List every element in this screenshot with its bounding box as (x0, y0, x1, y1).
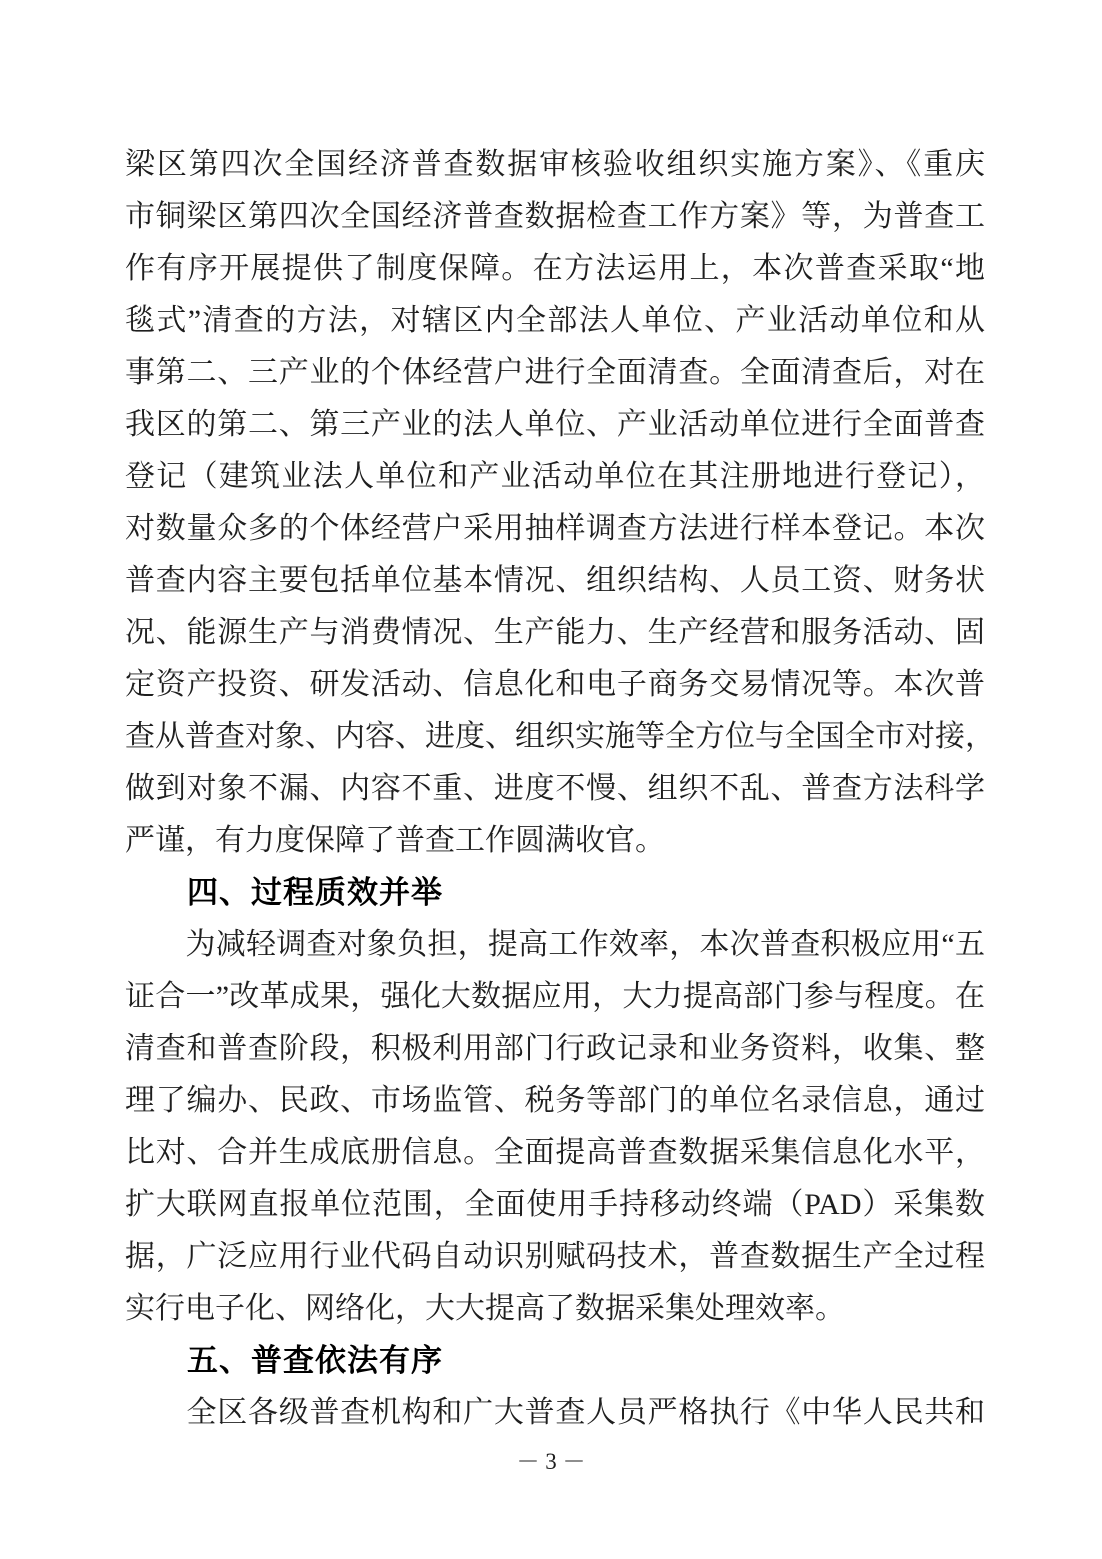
document-page: 梁区第四次全国经济普查数据审核验收组织实施方案》、《重庆市铜梁区第四次全国经济普… (0, 0, 1102, 1559)
text-line: 登记（建筑业法人单位和产业活动单位在其注册地进行登记）， (125, 451, 985, 503)
text-line: 梁区第四次全国经济普查数据审核验收组织实施方案》、《重庆 (125, 139, 985, 191)
text-line: 查从普查对象、内容、进度、组织实施等全方位与全国全市对接， (125, 711, 985, 763)
document-body: 梁区第四次全国经济普查数据审核验收组织实施方案》、《重庆市铜梁区第四次全国经济普… (125, 139, 985, 1439)
text-line: 实行电子化、网络化，大大提高了数据采集处理效率。 (125, 1283, 985, 1335)
section-heading: 四、过程质效并举 (125, 867, 985, 919)
section-heading: 五、普查依法有序 (125, 1335, 985, 1387)
text-line: 做到对象不漏、内容不重、进度不慢、组织不乱、普查方法科学 (125, 763, 985, 815)
text-line: 比对、合并生成底册信息。全面提高普查数据采集信息化水平， (125, 1127, 985, 1179)
text-line: 市铜梁区第四次全国经济普查数据检查工作方案》等，为普查工 (125, 191, 985, 243)
text-line: 我区的第二、第三产业的法人单位、产业活动单位进行全面普查 (125, 399, 985, 451)
text-line: 严谨，有力度保障了普查工作圆满收官。 (125, 815, 985, 867)
text-line: 证合一”改革成果，强化大数据应用，大力提高部门参与程度。在 (125, 971, 985, 1023)
text-line: 清查和普查阶段，积极利用部门行政记录和业务资料，收集、整 (125, 1023, 985, 1075)
text-line: 扩大联网直报单位范围，全面使用手持移动终端（PAD）采集数 (125, 1179, 985, 1231)
text-line: 定资产投资、研发活动、信息化和电子商务交易情况等。本次普 (125, 659, 985, 711)
page-number-footer: － 3 － (0, 1444, 1102, 1480)
text-line: 全区各级普查机构和广大普查人员严格执行《中华人民共和 (125, 1387, 985, 1439)
text-line: 对数量众多的个体经营户采用抽样调查方法进行样本登记。本次 (125, 503, 985, 555)
text-line: 毯式”清查的方法，对辖区内全部法人单位、产业活动单位和从 (125, 295, 985, 347)
text-line: 为减轻调查对象负担，提高工作效率，本次普查积极应用“五 (125, 919, 985, 971)
text-line: 作有序开展提供了制度保障。在方法运用上，本次普查采取“地 (125, 243, 985, 295)
text-line: 据，广泛应用行业代码自动识别赋码技术，普查数据生产全过程 (125, 1231, 985, 1283)
text-line: 况、能源生产与消费情况、生产能力、生产经营和服务活动、固 (125, 607, 985, 659)
text-line: 事第二、三产业的个体经营户进行全面清查。全面清查后，对在 (125, 347, 985, 399)
text-line: 理了编办、民政、市场监管、税务等部门的单位名录信息，通过 (125, 1075, 985, 1127)
text-line: 普查内容主要包括单位基本情况、组织结构、人员工资、财务状 (125, 555, 985, 607)
